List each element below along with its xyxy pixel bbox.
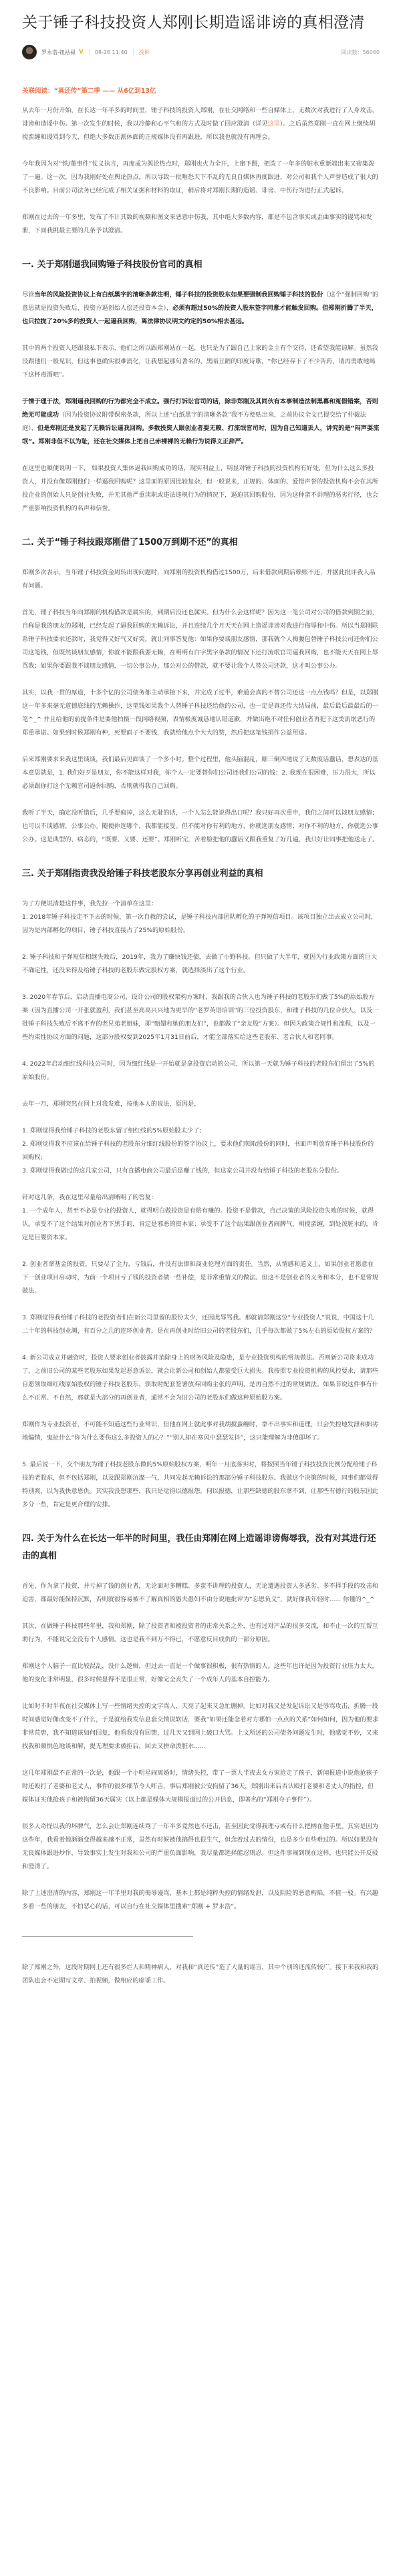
author-name[interactable]: 罗永浩-钮祜禄 [41,49,76,56]
list-item: 3. 2020年春节后，启动直播电商公司，设计公司的股权架构方案时，我跟我的合伙… [22,991,380,1044]
paragraph: 今年我因为对“铁/董事件”仗义执言，再度成为舆论热点时，郑刚也火力全开，上窜下跳… [22,158,380,198]
author-avatar[interactable] [22,45,37,59]
list-intro: 为了方便说清楚这件事，我先拉一个清单在这里： [22,897,380,911]
paragraph: 后来郑刚要求来我这里谈谈，我们最后见面谈了一个多小时。整个过程里，他头脑混乱，颠… [22,753,380,793]
paragraph: 我听了半天，确定没听错后，几乎要疯掉，这么无耻的话，一个人怎么能说得出口呢？我只… [22,807,380,847]
list-item: 1. 郑刚觉得我给锤子科技的老股东留了细红线的5%原始股太少了； [22,1124,380,1138]
paragraph: 于情于理于法，郑刚逼我回购的行为都完全不成立。强行打诉讼官司的话，除非郑刚及其同… [22,395,380,449]
list-item: 2. 锤子科技和子弹短信相继失败后，2019年，我为了赚快钱还债，去做了小野科技… [22,951,380,978]
list-item: 2. 郑刚觉得我不应该在给锤子科技的老股东分细红线股份的签字协议上，要求他们领取… [22,1138,380,1164]
paragraph: 很多人奇怪以我的坏脾气，怎么会让郑刚连续骂了一年半多竟然也不还击，甚至因此觉得我… [22,1820,380,1874]
paragraph: 其次，在做锤子科技那些年里，我和郑刚，除了投资者和被投资者的正常关系之外，也有过… [22,1620,380,1647]
section-heading-3: 三. 关于郑刚指责我没给锤子科技老股东分享再创业利益的真相 [22,865,380,883]
paragraph: 郑刚作为专业投资者，不可能不知道这些行业常识，但他在网上就此事对我胡搅蛮缠时，拿… [22,1418,380,1445]
paragraph: 比如时不时半夜在社交媒体上写一些情绪失控的文字骂人，天亮了起来又急忙删掉。比如对… [22,1700,380,1753]
bold-text: 但是郑刚还是发起了无赖诉讼逼我回购。多数投资人跟创业者耍无赖、打流氓官司时，因为… [22,425,379,445]
article-title: 关于锤子科技投资人郑刚长期造谣诽谤的真相澄清 [22,0,380,33]
section-heading-4: 四. 关于为什么在长达一年半的时间里，我任由郑刚在网上造谣诽谤侮辱我，没有对其进… [22,1530,380,1565]
bold-text: 当年的风险投资协议上有白纸黑字的清晰条款注明，锤子科技的投资股东如果要强制我回购… [34,291,323,298]
section-heading-1: 一. 关于郑刚逼我回购锤子科技股份官司的真相 [22,256,380,274]
inline-link-here[interactable]: 这里 [268,120,280,128]
paragraph: 郑刚这个人脑子一直比较混乱，没什么逻辑，但过去一直是一个做事很积极，很有热情的人… [22,1660,380,1687]
list-item: 4. 新公司成立并融资时，投资人要求创业者披露并消除身上的财务风险及隐患，是专业… [22,1351,380,1405]
paragraph: 去年一月，郑刚突然在网上对我发难，按他本人的说法，原因是， [22,1098,380,1111]
closing-paragraph: 除了郑刚之外，这段时期网上还有很多烂人和精神病人，对我和“真还传”造了大量的谣言… [22,1961,380,1988]
related-reading-link[interactable]: 关联阅读：“真还传”第二季 —— 从6亿到13亿 [22,85,380,95]
paragraph: 除了上述澄清的内容，郑刚这一年半里对我的侮辱谩骂，基本上都是纯粹失控的情绪发泄，… [22,1887,380,1914]
paragraph: 郑刚在过去的一年多里，发布了不计其数的视频和图文来恶意中伤我，其中绝大多数内容，… [22,211,380,238]
horizontal-rule [22,1936,193,1937]
read-count: 阅读数：56060 [342,49,380,56]
paragraph: 这几年郑刚最不正常的一次是，他跟一个小明星闹离婚时，情绪失控，带了一票人半夜去女… [22,1767,380,1807]
list-item: 3. 郑刚觉得我给锤子科技的老投资者们在新公司里留的股份太少，还因此辱骂我。那就… [22,1311,380,1338]
article-body: 从去年一月份开始，在长达一年半多的时间里，锤子科技的投资人郑刚，在社交网络和一些… [22,104,380,1988]
paragraph: 郑刚多次表示，当年锤子科技资金周转出现问题时，向郑刚的投资机构借过1500万，后… [22,566,380,593]
paragraph: 其中的两个投资人还跟我私下表示，他们之所以跟郑刚站在一起，也只是为了跟自己上家的… [22,342,380,382]
paragraph: 尽管当年的风险投资协议上有白纸黑字的清晰条款注明，锤子科技的投资股东如果要强制我… [22,288,380,329]
list-item: 2. 创业者拿基金的投资，只要尽了全力，亏钱后，并没有法律和商业伦理方面的责任。… [22,1258,380,1298]
list-item: 1. 2018年锤子科技走不下去的时候，第一次自救的尝试，是锤子科技内部团队孵化… [22,911,380,937]
list-item: 3. 郑刚觉得我做过的这几家公司，只有直播电商公司最后是赚了钱的，但这家公司并没… [22,1164,380,1178]
paragraph: 针对这几条，我在这里尽量给出清晰明了的答复： [22,1191,380,1205]
text: 尽管 [22,291,34,298]
meta-divider [133,49,134,55]
publish-time: 08-26 11:40 [95,49,128,55]
paragraph: 首先，锤子科技当年向郑刚的机构借款是属实的，到期后没还也属实。但为什么会这样呢？… [22,606,380,673]
paragraph: 从去年一月份开始，在长达一年半多的时间里，锤子科技的投资人郑刚，在社交网络和一些… [22,104,380,144]
paragraph: 在这里也顺便说明一下， 如果投资人集体逼我回购成功的话，现实利益上，明显对锤子科… [22,462,380,515]
report-link[interactable]: 投诉 [139,49,150,56]
section-heading-2: 二. 关于“锤子科技跟郑刚借了1500万到期不还”的真相 [22,534,380,552]
list-item: 1. 一个成年人，甚至不必是专业的投资人，就得明白做投资是有赔有赚的。投资不是借… [22,1205,380,1245]
meta-divider [89,49,90,55]
article-page: 关于锤子科技投资人郑刚长期造谣诽谤的真相澄清 罗永浩-钮祜禄 V 08-26 1… [0,0,401,2028]
verified-badge-icon: V [79,49,84,55]
list-item: 5. 最后说一下，交个朋友为锤子科技老股东做的5%原始股权方案，明年一月底落实时… [22,1458,380,1512]
paragraph: 其实，以我一贯的厚道，十多个亿的公司债务都主动承接下来，并完成了过半，难道会真的… [22,686,380,740]
list-item: 4. 2022年启动细红线科技公司时，因为细红线是一开始就是拿投资启动的公司，所… [22,1058,380,1084]
paragraph: 首先，作为拿了投资，并亏掉了钱的创业者，无论面对多糟糕、多蛮不讲理的投资人，无论… [22,1580,380,1606]
article-meta: 罗永浩-钮祜禄 V 08-26 11:40 投诉 阅读数：56060 [22,41,380,63]
